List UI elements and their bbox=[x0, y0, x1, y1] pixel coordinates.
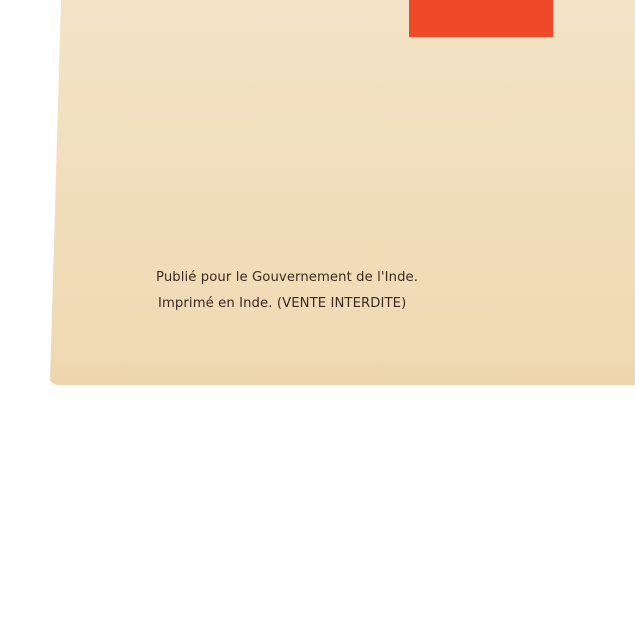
imprint-line-published: Publié pour le Gouvernement de l'Inde. bbox=[156, 270, 635, 285]
paper-stain-mark bbox=[57, 309, 107, 310]
red-color-block bbox=[409, 0, 553, 37]
poster-paper: Publié pour le Gouvernement de l'Inde. I… bbox=[0, 0, 635, 385]
imprint-line-printed: Imprimé en Inde. (VENTE INTERDITE) bbox=[158, 296, 635, 311]
